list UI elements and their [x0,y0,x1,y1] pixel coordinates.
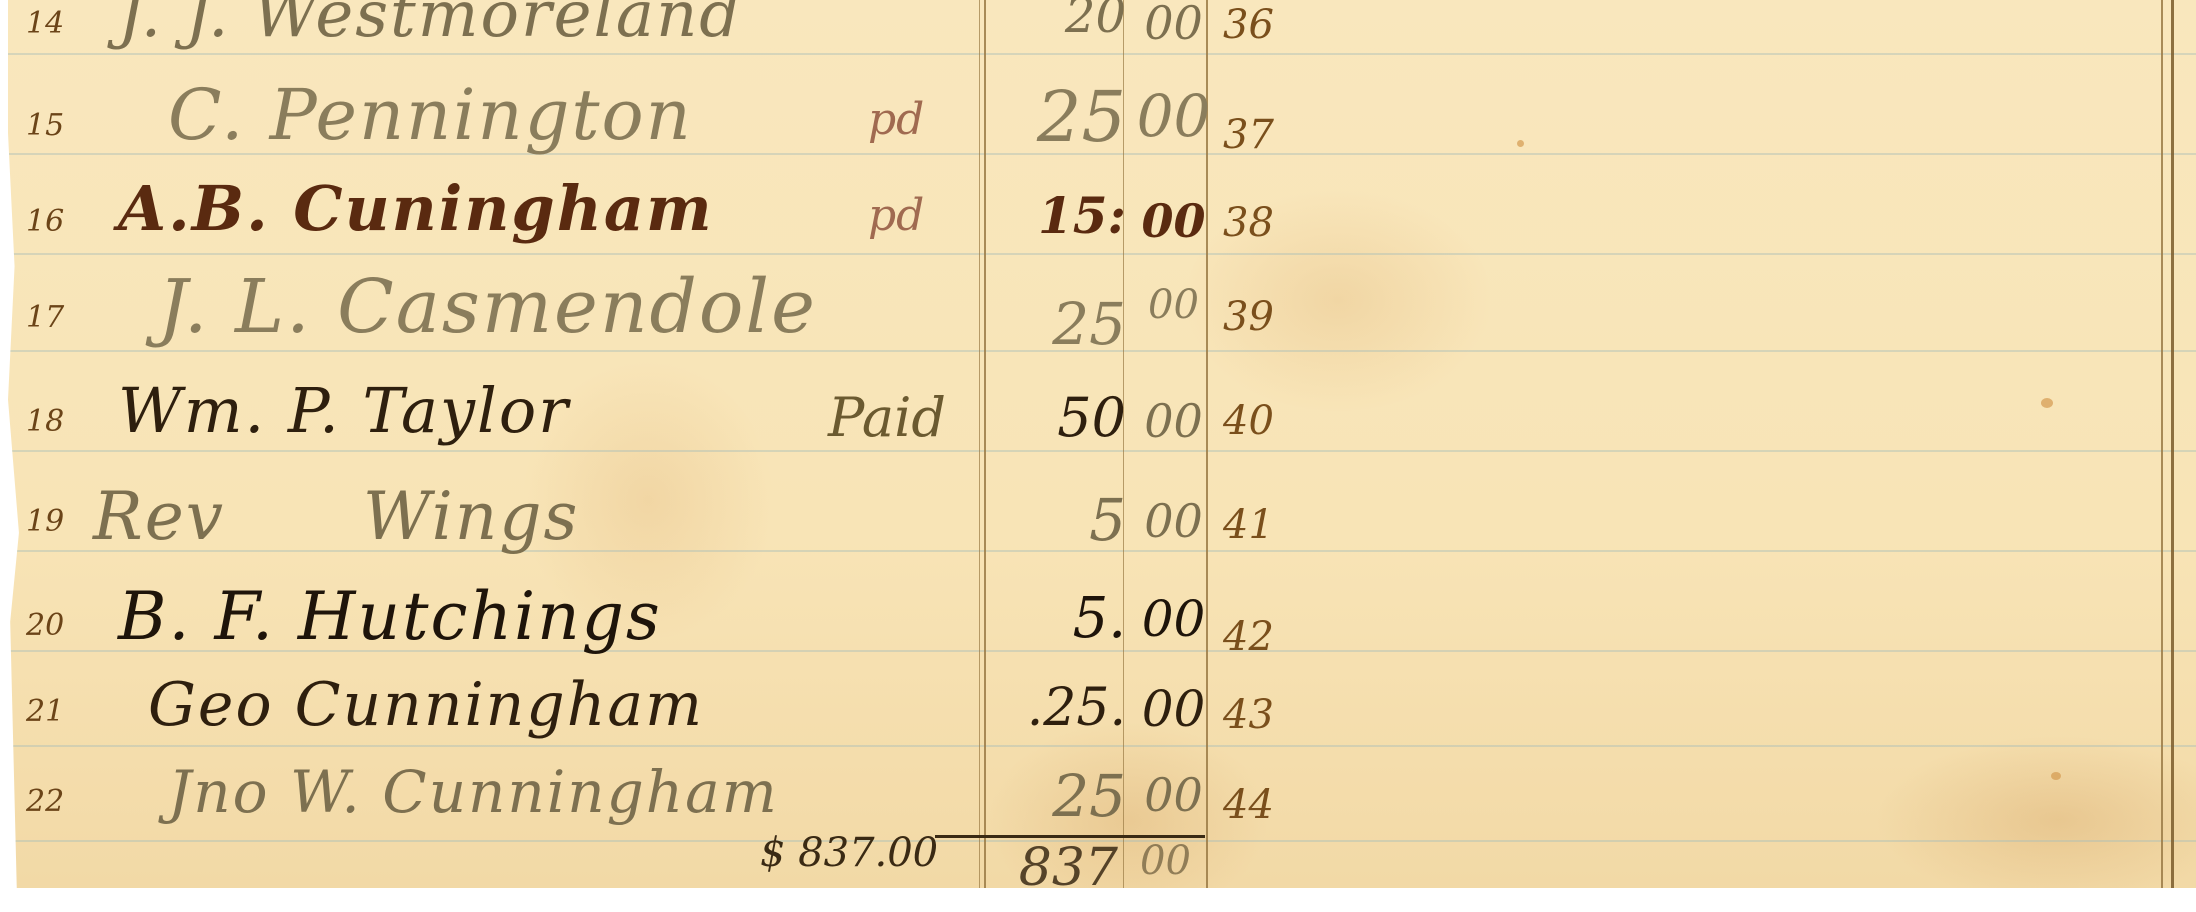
paid-annotation: Paid [828,386,946,449]
subscriber-name: J. L. Casmendole [158,264,817,350]
amount-dollars: 20 [998,0,1126,44]
reference-number: 40 [1223,398,1274,444]
amount-dollars: 15: [998,186,1126,245]
amount-dollars: 5. [998,586,1126,651]
amount-dollars: 5 [998,486,1126,554]
row-number: 17 [26,300,64,335]
subscriber-name: B. F. Hutchings [118,578,662,655]
amount-cents: 00 [1136,590,1211,648]
reference-number: 42 [1223,614,1274,660]
grand-total: $ 837.00 [760,830,938,876]
amount-dollars: 25 [998,290,1126,358]
reference-number: 41 [1223,502,1274,548]
paid-annotation: pd [868,190,924,241]
amount-cents: 00 [1136,82,1211,150]
amount-cents: 00 [1136,194,1211,248]
subscriber-name: Geo Cunningham [148,670,704,740]
reference-number: 39 [1223,294,1274,340]
reference-number: 44 [1223,782,1274,828]
column-total-dollars: 837 [990,838,1118,898]
amount-dollars: 25 [998,76,1126,158]
row-number: 18 [26,404,64,439]
subscriber-name: C. Pennington [168,74,693,156]
row-number: 15 [26,108,64,143]
amount-dollars: 25 [998,762,1126,830]
amount-cents: 00 [1136,494,1211,548]
amount-cents: 00 [1136,680,1211,738]
amount-cents: 00 [1136,394,1211,448]
amount-dollars: 50 [998,386,1126,449]
reference-number: 36 [1223,2,1274,48]
amount-cents: 00 [1136,0,1211,50]
row-number: 19 [26,504,64,539]
amount-cents: 00 [1136,768,1211,822]
row-number: 14 [26,6,64,41]
subscriber-name: Rev Wings [93,478,579,555]
subscriber-name: Jno W. Cunningham [168,758,779,826]
row-number: 20 [26,608,64,643]
amount-dollars: .25. [998,678,1126,738]
subscriber-name: Wm. P. Taylor [118,374,570,447]
subscriber-name: A.B. Cuningham [118,172,714,245]
reference-number: 43 [1223,692,1274,738]
paid-annotation: pd [868,94,924,145]
row-number: 16 [26,204,64,239]
subscriber-name: J. J. Westmoreland [118,0,742,52]
row-number: 21 [26,694,64,729]
amount-cents: 00 [1136,282,1211,328]
reference-number: 38 [1223,200,1274,246]
row-number: 22 [26,784,64,819]
column-total-cents: 00 [1128,838,1203,884]
reference-number: 37 [1223,112,1274,158]
